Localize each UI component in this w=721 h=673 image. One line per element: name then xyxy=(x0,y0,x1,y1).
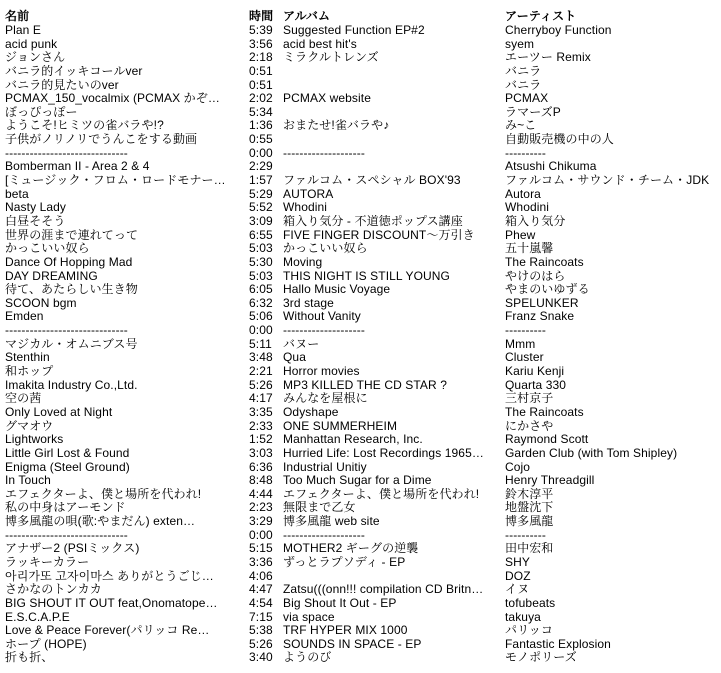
track-artist: Franz Snake xyxy=(505,310,721,324)
track-artist: やまのいゆずる xyxy=(505,283,721,297)
track-name: 子供がノリノリでうんこをする動画 xyxy=(0,133,249,147)
track-album: Odyshape xyxy=(283,406,505,420)
track-row[interactable]: かっこいい奴ら 5:03 かっこいい奴ら 五十嵐馨 xyxy=(0,242,721,256)
track-time: 4:06 xyxy=(249,570,283,584)
track-name: Lightworks xyxy=(0,433,249,447)
track-name: In Touch xyxy=(0,474,249,488)
track-album: かっこいい奴ら xyxy=(283,242,505,256)
track-artist: takuya xyxy=(505,611,721,625)
track-album: -------------------- xyxy=(283,147,505,161)
track-album: Suggested Function EP#2 xyxy=(283,24,505,38)
track-artist: Raymond Scott xyxy=(505,433,721,447)
track-name: Emden xyxy=(0,310,249,324)
track-name: E.S.C.A.P.E xyxy=(0,611,249,625)
track-artist: Atsushi Chikuma xyxy=(505,160,721,174)
track-album: Too Much Sugar for a Dime xyxy=(283,474,505,488)
track-time: 5:03 xyxy=(249,242,283,256)
track-row[interactable]: エフェクターよ、僕と場所を代われ! 4:44 エフェクターよ、僕と場所を代われ!… xyxy=(0,488,721,502)
track-artist: Cojo xyxy=(505,461,721,475)
track-name: ------------------------------ xyxy=(0,324,249,338)
track-artist: にかさや xyxy=(505,420,721,434)
track-artist: Autora xyxy=(505,188,721,202)
track-time: 2:29 xyxy=(249,160,283,174)
track-album: ずっとラプソディ - EP xyxy=(283,556,505,570)
track-artist: 田中宏和 xyxy=(505,542,721,556)
track-row[interactable]: 아리가또 고자이마스 ありがとうごじ… 4:06 DOZ xyxy=(0,570,721,584)
track-time: 4:47 xyxy=(249,583,283,597)
track-album: TRF HYPER MIX 1000 xyxy=(283,624,505,638)
track-row[interactable]: Nasty Lady 5:52 Whodini Whodini xyxy=(0,201,721,215)
track-name: マジカル・オムニブス号 xyxy=(0,338,249,352)
track-time: 2:23 xyxy=(249,501,283,515)
track-album: Horror movies xyxy=(283,365,505,379)
track-album: -------------------- xyxy=(283,324,505,338)
track-row[interactable]: 世界の涯まで連れてって 6:55 FIVE FINGER DISCOUNT〜万引… xyxy=(0,229,721,243)
track-name: 空の茜 xyxy=(0,392,249,406)
track-row[interactable]: acid punk 3:56 acid best hit's syem xyxy=(0,38,721,52)
track-name: さかなのトンカカ xyxy=(0,583,249,597)
track-name: ジョンさん xyxy=(0,51,249,65)
track-time: 8:48 xyxy=(249,474,283,488)
track-album: 箱入り気分 - 不道徳ポップス講座 xyxy=(283,215,505,229)
track-artist: 鈴木淳平 xyxy=(505,488,721,502)
track-artist: SPELUNKER xyxy=(505,297,721,311)
track-name: acid punk xyxy=(0,38,249,52)
track-artist: ---------- xyxy=(505,324,721,338)
track-album: PCMAX website xyxy=(283,92,505,106)
track-artist: ラマーズP xyxy=(505,106,721,120)
track-time: 3:56 xyxy=(249,38,283,52)
track-artist: Cherryboy Function xyxy=(505,24,721,38)
track-artist: 三村京子 xyxy=(505,392,721,406)
track-row[interactable]: Bomberman II - Area 2 & 4 2:29 Atsushi C… xyxy=(0,160,721,174)
track-time: 4:17 xyxy=(249,392,283,406)
track-album: Hurried Life: Lost Recordings 1965… xyxy=(283,447,505,461)
track-album: 博多風龍 web site xyxy=(283,515,505,529)
track-time: 7:15 xyxy=(249,611,283,625)
track-rows: Plan E 5:39 Suggested Function EP#2 Cher… xyxy=(0,24,721,665)
track-row[interactable]: Love & Peace Forever(パリッコ Re… 5:38 TRF H… xyxy=(0,624,721,638)
track-artist: イヌ xyxy=(505,583,721,597)
track-name: Love & Peace Forever(パリッコ Re… xyxy=(0,624,249,638)
track-row[interactable]: Emden 5:06 Without Vanity Franz Snake xyxy=(0,310,721,324)
track-artist: ---------- xyxy=(505,147,721,161)
track-time: 1:52 xyxy=(249,433,283,447)
track-name: SCOON bgm xyxy=(0,297,249,311)
track-artist: Mmm xyxy=(505,338,721,352)
track-artist: The Raincoats xyxy=(505,256,721,270)
track-row[interactable]: ジョンさん 2:18 ミラクルトレンズ エーツー Remix xyxy=(0,51,721,65)
track-row[interactable]: beta 5:29 AUTORA Autora xyxy=(0,188,721,202)
track-row[interactable]: 和ホップ 2:21 Horror movies Kariu Kenji xyxy=(0,365,721,379)
track-row[interactable]: Dance Of Hopping Mad 5:30 Moving The Rai… xyxy=(0,256,721,270)
track-time: 1:36 xyxy=(249,119,283,133)
track-time: 3:29 xyxy=(249,515,283,529)
track-name: ------------------------------ xyxy=(0,529,249,543)
track-name: [ミュージック・フロム・ロードモナー… xyxy=(0,174,249,188)
track-row[interactable]: E.S.C.A.P.E 7:15 via space takuya xyxy=(0,611,721,625)
track-name: PCMAX_150_vocalmix (PCMAX かぞ… xyxy=(0,92,249,106)
track-time: 2:33 xyxy=(249,420,283,434)
track-name: Imakita Industry Co.,Ltd. xyxy=(0,379,249,393)
track-name: Little Girl Lost & Found xyxy=(0,447,249,461)
track-name: アナザー2 (PSIミックス) xyxy=(0,542,249,556)
track-artist: 地盤沈下 xyxy=(505,501,721,515)
track-name: Dance Of Hopping Mad xyxy=(0,256,249,270)
track-row[interactable]: In Touch 8:48 Too Much Sugar for a Dime … xyxy=(0,474,721,488)
track-time: 4:44 xyxy=(249,488,283,502)
track-album: -------------------- xyxy=(283,529,505,543)
track-row[interactable]: 折も折、 3:40 ようのび モノポリーズ xyxy=(0,651,721,665)
track-row[interactable]: Enigma (Steel Ground) 6:36 Industrial Un… xyxy=(0,461,721,475)
track-artist: syem xyxy=(505,38,721,52)
track-row[interactable]: バニラ的イッキコールver 0:51 バニラ xyxy=(0,65,721,79)
track-album: 無限まで乙女 xyxy=(283,501,505,515)
track-time: 2:18 xyxy=(249,51,283,65)
track-artist: ---------- xyxy=(505,529,721,543)
track-row[interactable]: ラッキーカラー 3:36 ずっとラプソディ - EP SHY xyxy=(0,556,721,570)
track-album: MOTHER2 ギーグの逆襲 xyxy=(283,542,505,556)
track-name: 私の中身はアーモンド xyxy=(0,501,249,515)
track-name: 博多風龍の唄(歌:やまだん) exten… xyxy=(0,515,249,529)
track-album: MP3 KILLED THE CD STAR ? xyxy=(283,379,505,393)
track-artist: PCMAX xyxy=(505,92,721,106)
track-row[interactable]: ようこそ!ヒミツの雀バラや!? 1:36 おまたせ!雀バラや♪ み~こ xyxy=(0,119,721,133)
track-name: Nasty Lady xyxy=(0,201,249,215)
track-artist: パリッコ xyxy=(505,624,721,638)
track-row[interactable]: Imakita Industry Co.,Ltd. 5:26 MP3 KILLE… xyxy=(0,379,721,393)
track-artist: The Raincoats xyxy=(505,406,721,420)
track-name: beta xyxy=(0,188,249,202)
track-row[interactable]: SCOON bgm 6:32 3rd stage SPELUNKER xyxy=(0,297,721,311)
track-album: via space xyxy=(283,611,505,625)
track-row[interactable]: Lightworks 1:52 Manhattan Research, Inc.… xyxy=(0,433,721,447)
track-album: 3rd stage xyxy=(283,297,505,311)
track-row[interactable]: [ミュージック・フロム・ロードモナー… 1:57 ファルコム・スペシャル BOX… xyxy=(0,174,721,188)
track-time: 6:05 xyxy=(249,283,283,297)
track-album: AUTORA xyxy=(283,188,505,202)
track-time: 5:38 xyxy=(249,624,283,638)
track-artist: DOZ xyxy=(505,570,721,584)
track-time: 6:55 xyxy=(249,229,283,243)
track-name: Only Loved at Night xyxy=(0,406,249,420)
track-album: ミラクルトレンズ xyxy=(283,51,505,65)
track-list-header: 名前 時間 アルバム アーティスト xyxy=(0,0,721,24)
track-artist: Whodini xyxy=(505,201,721,215)
track-artist: Fantastic Explosion xyxy=(505,638,721,652)
track-time: 2:02 xyxy=(249,92,283,106)
track-time: 4:54 xyxy=(249,597,283,611)
track-name: Enigma (Steel Ground) xyxy=(0,461,249,475)
track-artist: 箱入り気分 xyxy=(505,215,721,229)
track-artist: 博多風龍 xyxy=(505,515,721,529)
track-row[interactable]: マジカル・オムニブス号 5:11 バヌー Mmm xyxy=(0,338,721,352)
column-header-album[interactable]: アルバム xyxy=(283,7,505,24)
track-album: バヌー xyxy=(283,338,505,352)
track-name: バニラ的イッキコールver xyxy=(0,65,249,79)
track-row[interactable]: 博多風龍の唄(歌:やまだん) exten… 3:29 博多風龍 web site… xyxy=(0,515,721,529)
track-row[interactable]: ------------------------------ 0:00 ----… xyxy=(0,324,721,338)
track-name: 和ホップ xyxy=(0,365,249,379)
track-name: ------------------------------ xyxy=(0,147,249,161)
track-name: Plan E xyxy=(0,24,249,38)
track-row[interactable]: ------------------------------ 0:00 ----… xyxy=(0,529,721,543)
track-name: 白昼そそう xyxy=(0,215,249,229)
track-name: ようこそ!ヒミツの雀バラや!? xyxy=(0,119,249,133)
track-list: 名前 時間 アルバム アーティスト Plan E 5:39 Suggested … xyxy=(0,0,721,665)
track-row[interactable]: PCMAX_150_vocalmix (PCMAX かぞ… 2:02 PCMAX… xyxy=(0,92,721,106)
track-album: ONE SUMMERHEIM xyxy=(283,420,505,434)
track-album: おまたせ!雀バラや♪ xyxy=(283,119,505,133)
track-artist: モノポリーズ xyxy=(505,651,721,665)
track-album: ようのび xyxy=(283,651,505,665)
track-time: 5:15 xyxy=(249,542,283,556)
track-time: 0:00 xyxy=(249,324,283,338)
track-time: 0:00 xyxy=(249,147,283,161)
track-name: エフェクターよ、僕と場所を代われ! xyxy=(0,488,249,502)
track-row[interactable]: Little Girl Lost & Found 3:03 Hurried Li… xyxy=(0,447,721,461)
track-name: 世界の涯まで連れてって xyxy=(0,229,249,243)
column-header-artist[interactable]: アーティスト xyxy=(505,7,721,24)
track-time: 3:03 xyxy=(249,447,283,461)
track-time: 5:30 xyxy=(249,256,283,270)
track-artist: Phew xyxy=(505,229,721,243)
track-artist: バニラ xyxy=(505,79,721,93)
track-name: かっこいい奴ら xyxy=(0,242,249,256)
track-name: DAY DREAMING xyxy=(0,270,249,284)
track-name: 아리가또 고자이마스 ありがとうごじ… xyxy=(0,570,249,584)
track-row[interactable]: BIG SHOUT IT OUT feat,Onomatope… 4:54 Bi… xyxy=(0,597,721,611)
track-album: Moving xyxy=(283,256,505,270)
track-row[interactable]: Only Loved at Night 3:35 Odyshape The Ra… xyxy=(0,406,721,420)
track-row[interactable]: ホープ (HOPE) 5:26 SOUNDS IN SPACE - EP Fan… xyxy=(0,638,721,652)
track-artist: エーツー Remix xyxy=(505,51,721,65)
track-name: グマオウ xyxy=(0,420,249,434)
track-name: 折も折、 xyxy=(0,651,249,665)
track-artist: 五十嵐馨 xyxy=(505,242,721,256)
track-row[interactable]: 白昼そそう 3:09 箱入り気分 - 不道徳ポップス講座 箱入り気分 xyxy=(0,215,721,229)
track-time: 6:32 xyxy=(249,297,283,311)
track-row[interactable]: 待て、あたらしい生き物 6:05 Hallo Music Voyage やまのい… xyxy=(0,283,721,297)
track-time: 5:39 xyxy=(249,24,283,38)
track-album: acid best hit's xyxy=(283,38,505,52)
track-row[interactable]: 空の茜 4:17 みんなを屋根に 三村京子 xyxy=(0,392,721,406)
track-time: 5:11 xyxy=(249,338,283,352)
track-time: 5:26 xyxy=(249,638,283,652)
track-album: みんなを屋根に xyxy=(283,392,505,406)
track-time: 0:51 xyxy=(249,65,283,79)
track-artist: Kariu Kenji xyxy=(505,365,721,379)
track-album: SOUNDS IN SPACE - EP xyxy=(283,638,505,652)
track-album: Without Vanity xyxy=(283,310,505,324)
track-time: 3:35 xyxy=(249,406,283,420)
track-album: Big Shout It Out - EP xyxy=(283,597,505,611)
track-time: 0:51 xyxy=(249,79,283,93)
track-row[interactable]: Stenthin 3:48 Qua Cluster xyxy=(0,351,721,365)
track-name: BIG SHOUT IT OUT feat,Onomatope… xyxy=(0,597,249,611)
track-name: Bomberman II - Area 2 & 4 xyxy=(0,160,249,174)
track-name: バニラ的見たいのver xyxy=(0,79,249,93)
track-name: ラッキーカラー xyxy=(0,556,249,570)
track-time: 3:09 xyxy=(249,215,283,229)
track-time: 0:55 xyxy=(249,133,283,147)
track-time: 6:36 xyxy=(249,461,283,475)
track-time: 5:26 xyxy=(249,379,283,393)
track-time: 3:36 xyxy=(249,556,283,570)
track-time: 5:52 xyxy=(249,201,283,215)
track-name: ぼっぴっぽー xyxy=(0,106,249,120)
track-name: Stenthin xyxy=(0,351,249,365)
track-row[interactable]: さかなのトンカカ 4:47 Zatsu(((onn!!! compilation… xyxy=(0,583,721,597)
track-row[interactable]: バニラ的見たいのver 0:51 バニラ xyxy=(0,79,721,93)
track-album: Industrial Unitiy xyxy=(283,461,505,475)
track-album: FIVE FINGER DISCOUNT〜万引き xyxy=(283,229,505,243)
track-time: 5:06 xyxy=(249,310,283,324)
track-album: Manhattan Research, Inc. xyxy=(283,433,505,447)
track-artist: バニラ xyxy=(505,65,721,79)
track-album: THIS NIGHT IS STILL YOUNG xyxy=(283,270,505,284)
track-album: エフェクターよ、僕と場所を代われ! xyxy=(283,488,505,502)
track-row[interactable]: ------------------------------ 0:00 ----… xyxy=(0,147,721,161)
track-row[interactable]: グマオウ 2:33 ONE SUMMERHEIM にかさや xyxy=(0,420,721,434)
track-artist: tofubeats xyxy=(505,597,721,611)
track-artist: み~こ xyxy=(505,119,721,133)
track-name: 待て、あたらしい生き物 xyxy=(0,283,249,297)
track-time: 5:03 xyxy=(249,270,283,284)
track-row[interactable]: ぼっぴっぽー 5:34 ラマーズP xyxy=(0,106,721,120)
track-artist: Cluster xyxy=(505,351,721,365)
track-album: Qua xyxy=(283,351,505,365)
track-artist: SHY xyxy=(505,556,721,570)
track-row[interactable]: 子供がノリノリでうんこをする動画 0:55 自動販売機の中の人 xyxy=(0,133,721,147)
track-time: 5:34 xyxy=(249,106,283,120)
column-header-name[interactable]: 名前 xyxy=(0,7,249,24)
track-row[interactable]: アナザー2 (PSIミックス) 5:15 MOTHER2 ギーグの逆襲 田中宏和 xyxy=(0,542,721,556)
track-artist: Quarta 330 xyxy=(505,379,721,393)
track-artist: 自動販売機の中の人 xyxy=(505,133,721,147)
track-artist: やけのはら xyxy=(505,270,721,284)
track-time: 5:29 xyxy=(249,188,283,202)
column-header-time[interactable]: 時間 xyxy=(249,7,283,24)
track-album: ファルコム・スペシャル BOX'93 xyxy=(283,174,505,188)
track-row[interactable]: 私の中身はアーモンド 2:23 無限まで乙女 地盤沈下 xyxy=(0,501,721,515)
track-artist: ファルコム・サウンド・チーム・JDK xyxy=(505,174,721,188)
track-row[interactable]: DAY DREAMING 5:03 THIS NIGHT IS STILL YO… xyxy=(0,270,721,284)
track-time: 1:57 xyxy=(249,174,283,188)
track-time: 3:40 xyxy=(249,651,283,665)
track-time: 3:48 xyxy=(249,351,283,365)
track-row[interactable]: Plan E 5:39 Suggested Function EP#2 Cher… xyxy=(0,24,721,38)
track-album: Whodini xyxy=(283,201,505,215)
track-time: 2:21 xyxy=(249,365,283,379)
track-album: Zatsu(((onn!!! compilation CD Britn… xyxy=(283,583,505,597)
track-time: 0:00 xyxy=(249,529,283,543)
track-name: ホープ (HOPE) xyxy=(0,638,249,652)
track-artist: Garden Club (with Tom Shipley) xyxy=(505,447,721,461)
track-artist: Henry Threadgill xyxy=(505,474,721,488)
track-album: Hallo Music Voyage xyxy=(283,283,505,297)
